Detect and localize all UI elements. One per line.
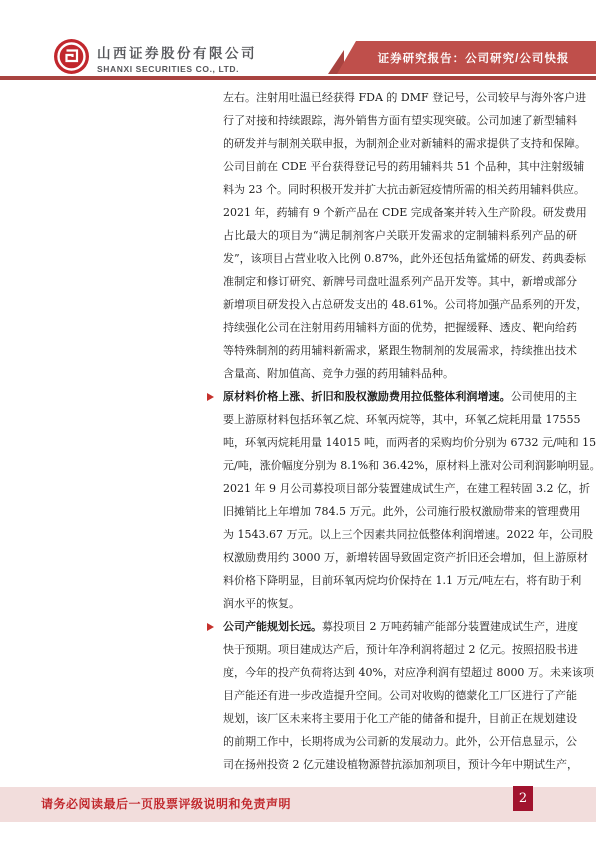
text-line: 权激励费用约 3000 万，新增转固导致固定资产折旧还会增加，但上游原材 <box>223 546 577 569</box>
bullet-arrow-icon <box>207 393 214 401</box>
text-line: 规划，该厂区未来将主要用于化工产能的储备和提升，目前正在规划建设 <box>223 707 577 730</box>
bullet-arrow-icon <box>207 623 214 631</box>
text-line: 的前期工作中，长期将成为公司新的发展动力。此外，公开信息显示，公 <box>223 730 577 753</box>
text-line: 为 1543.67 万元。以上三个因素共同拉低整体利润增速。2022 年，公司股 <box>223 523 577 546</box>
text-line: 目产能还有进一步改造提升空间。公司对收购的德蒙化工厂区进行了产能 <box>223 684 577 707</box>
report-page: 山西证券股份有限公司 SHANXI SECURITIES CO., LTD. 证… <box>0 0 596 842</box>
header-divider <box>0 76 596 80</box>
text-line: 润水平的恢复。 <box>223 592 577 615</box>
company-name-en: SHANXI SECURITIES CO., LTD. <box>97 64 257 74</box>
text-line: 度，今年的投产负荷将达到 40%，对应净利润有望超过 8000 万。未来该项 <box>223 661 577 684</box>
text-line: 旧摊销比上年增加 784.5 万元。此外，公司施行股权激励带来的管理费用 <box>223 500 577 523</box>
text-line: 2021 年 9 月公司募投项目部分装置建成试生产，在建工程转固 3.2 亿，折 <box>223 477 577 500</box>
text-line: 的研发并与制剂关联申报，为制剂企业对新辅料的需求提供了支持和保障。 <box>223 132 577 155</box>
company-name-cn: 山西证券股份有限公司 <box>97 42 257 62</box>
text-line: 司在扬州投资 2 亿元建设植物源替抗添加剂项目，预计今年中期试生产， <box>223 753 577 776</box>
text-line: 快于预期。项目建成达产后，预计年净利润将超过 2 亿元。按照招股书进 <box>223 638 577 661</box>
text-line: 持续强化公司在注射用药用辅料方面的优势，把握缓释、透皮、靶向给药 <box>223 316 577 339</box>
text-line: 准制定和修订研究、新牌号司盘吐温系列产品开发等。其中，新增或部分 <box>223 270 577 293</box>
page-number-badge: 2 <box>513 786 533 811</box>
text-line: 新增项目研发投入占总研发支出的 48.61%。公司将加强产品系列的开发， <box>223 293 577 316</box>
text-line: 公司目前在 CDE 平台获得登记号的药用辅料共 51 个品种，其中注射级辅 <box>223 155 577 178</box>
text-line: 要上游原材料包括环氧乙烷、环氧丙烷等，其中，环氧乙烷耗用量 17555 <box>223 408 577 431</box>
text-line: 吨，环氧丙烷耗用量 14015 吨，而两者的采购均价分别为 6732 元/吨和 … <box>223 431 577 454</box>
body-text: 左右。注射用吐温已经获得 FDA 的 DMF 登记号，公司较早与海外客户进行了对… <box>223 86 577 776</box>
text-line: 行了对接和持续跟踪，海外销售方面有望实现突破。公司加速了新型辅料 <box>223 109 577 132</box>
shanxi-securities-logo-icon <box>53 38 90 75</box>
text-line: 左右。注射用吐温已经获得 FDA 的 DMF 登记号，公司较早与海外客户进 <box>223 86 577 109</box>
paragraph: 左右。注射用吐温已经获得 FDA 的 DMF 登记号，公司较早与海外客户进行了对… <box>223 86 577 385</box>
text-line: 发”，该项目占营业收入比例 0.87%，此外还包括角鲨烯的研发、药典委标 <box>223 247 577 270</box>
text-line: 元/吨，涨价幅度分别为 8.1%和 36.42%，原材料上涨对公司利润影响明显。 <box>223 454 577 477</box>
company-name-block: 山西证券股份有限公司 SHANXI SECURITIES CO., LTD. <box>97 42 257 74</box>
text-line: 含量高、附加值高、竞争力强的药用辅料品种。 <box>223 362 577 385</box>
text-line: 料价格下降明显，目前环氧丙烷均价保持在 1.1 万元/吨左右，将有助于利 <box>223 569 577 592</box>
text-line: 料为 23 个。同时积极开发并扩大抗击新冠疫情所需的相关药用辅料供应。 <box>223 178 577 201</box>
bullet-paragraph: 原材料价格上涨、折旧和股权激励费用拉低整体利润增速。公司使用的主要上游原材料包括… <box>223 385 577 615</box>
report-type-banner: 证券研究报告：公司研究/公司快报 <box>337 41 596 74</box>
text-line: 占比最大的项目为“满足制剂客户关联开发需求的定制辅料系列产品的研 <box>223 224 577 247</box>
text-line: 公司产能规划长远。募投项目 2 万吨药辅产能部分装置建成试生产，进度 <box>223 615 577 638</box>
bullet-paragraph: 公司产能规划长远。募投项目 2 万吨药辅产能部分装置建成试生产，进度快于预期。项… <box>223 615 577 776</box>
text-line: 2021 年，药辅有 9 个新产品在 CDE 完成备案并转入生产阶段。研发费用 <box>223 201 577 224</box>
report-type-label: 证券研究报告：公司研究/公司快报 <box>378 50 570 66</box>
page-number: 2 <box>519 791 527 806</box>
footer-disclaimer: 请务必阅读最后一页股票评级说明和免责声明 <box>41 795 291 812</box>
text-line: 原材料价格上涨、折旧和股权激励费用拉低整体利润增速。公司使用的主 <box>223 385 577 408</box>
text-line: 等特殊制剂的药用辅料新需求，紧跟生物制剂的发展需求，持续推出技术 <box>223 339 577 362</box>
